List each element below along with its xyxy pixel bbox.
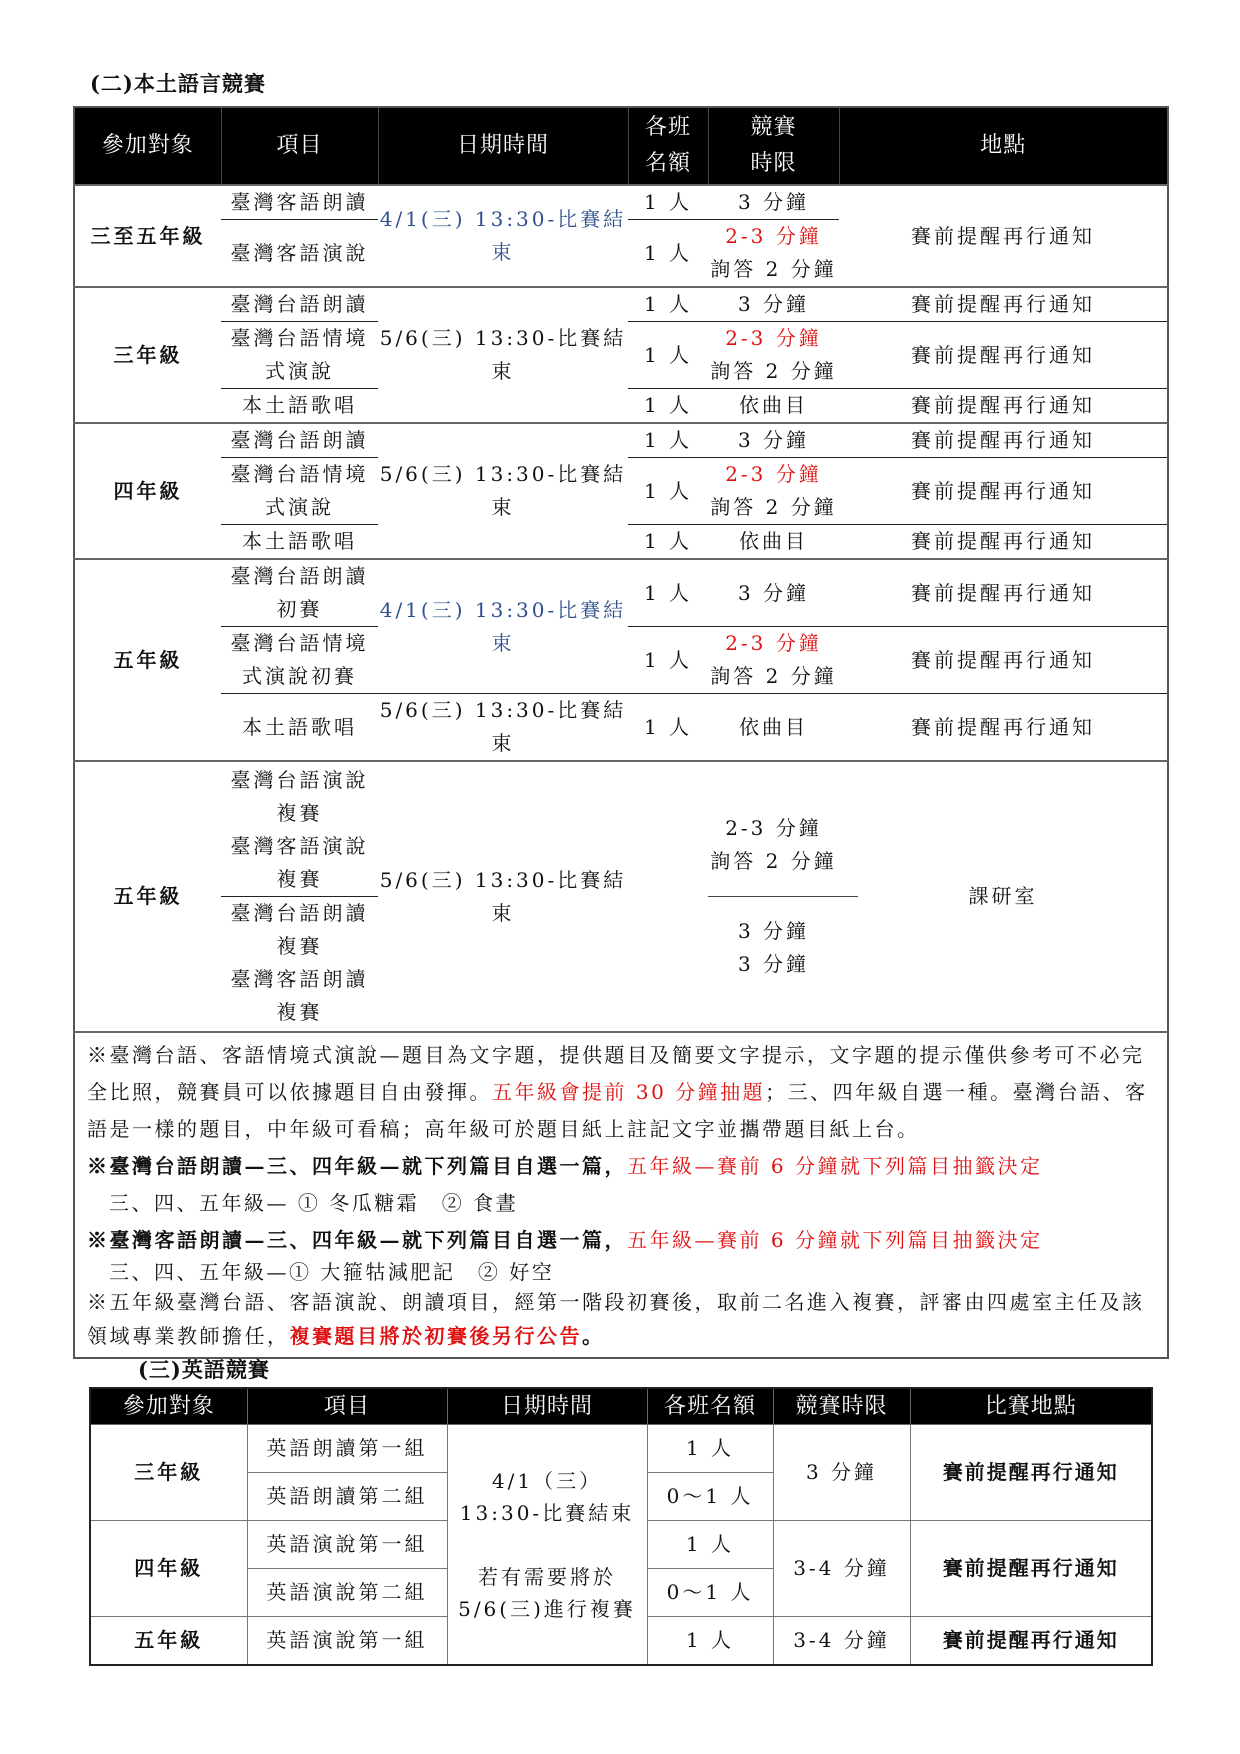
section-title-native-language: (二)本土語言競賽: [90, 68, 266, 98]
item-cell: 臺灣台語朗讀初賽: [221, 559, 378, 627]
english-competition-table: 參加對象 項目 日期時間 各班名額 競賽時限 比賽地點 三年級 英語朗讀第一組 …: [89, 1387, 1153, 1666]
quota-cell: 1 人: [628, 423, 708, 458]
quota-cell: 1 人: [647, 1425, 773, 1473]
datetime-cell: 5/6(三) 13:30-比賽結束: [378, 423, 628, 559]
header-datetime: 日期時間: [447, 1388, 647, 1425]
quota-cell: 1 人: [628, 458, 708, 525]
table-header-row: 參加對象 項目 日期時間 各班名額 競賽時限 比賽地點: [90, 1388, 1152, 1425]
datetime-cell: 4/1（三）13:30-比賽結束若有需要將於5/6(三)進行複賽: [447, 1425, 647, 1666]
participant-cell: 五年級: [90, 1617, 247, 1666]
participant-cell: 五年級: [74, 559, 221, 761]
time-limit-cell: 3 分鐘: [708, 185, 839, 220]
location-cell: 賽前提醒再行通知: [910, 1521, 1152, 1617]
quota-cell: 1 人: [647, 1617, 773, 1666]
item-cell: 英語演說第一組: [247, 1521, 447, 1569]
time-limit-cell: 3 分鐘: [708, 559, 839, 627]
time-limit-cell: 2-3 分鐘詢答 2 分鐘 3 分鐘3 分鐘: [708, 761, 839, 1032]
location-cell: 賽前提醒再行通知: [839, 185, 1168, 287]
participant-cell: 三年級: [74, 287, 221, 423]
notes-cell: ※臺灣台語、客語情境式演說—題目為文字題，提供題目及簡要文字提示，文字題的提示僅…: [74, 1032, 1168, 1358]
quota-cell: 1 人: [628, 694, 708, 762]
datetime-cell: 5/6(三) 13:30-比賽結束: [378, 761, 628, 1032]
quota-cell: 1 人: [647, 1521, 773, 1569]
item-cell: 臺灣台語情境式演說: [221, 322, 378, 389]
time-limit-cell: 3-4 分鐘: [773, 1521, 910, 1617]
quota-cell: 1 人: [628, 322, 708, 389]
item-cell: 英語朗讀第一組: [247, 1425, 447, 1473]
item-cell: 臺灣台語情境式演說初賽: [221, 627, 378, 694]
divider: [708, 896, 858, 897]
item-cell: 本土語歌唱: [221, 525, 378, 560]
location-cell: 賽前提醒再行通知: [839, 694, 1168, 762]
location-cell: 課研室: [839, 761, 1168, 1032]
item-cell: 英語演說第二組: [247, 1569, 447, 1617]
header-time-limit: 競賽時限: [773, 1388, 910, 1425]
datetime-cell: 5/6(三) 13:30-比賽結束: [378, 287, 628, 423]
quota-cell: [628, 761, 708, 1032]
quota-cell: 1 人: [628, 185, 708, 220]
datetime-cell: 5/6(三) 13:30-比賽結束: [378, 694, 628, 762]
quota-cell: 1 人: [628, 627, 708, 694]
note-hakka-reading-list: 三、四、五年級—① 大箍牯減肥記 ② 好空: [87, 1259, 1155, 1285]
location-cell: 賽前提醒再行通知: [839, 287, 1168, 322]
table-row: 本土語歌唱 5/6(三) 13:30-比賽結束 1 人 依曲目 賽前提醒再行通知: [74, 694, 1168, 762]
item-cell: 臺灣台語情境式演說: [221, 458, 378, 525]
table-row: 四年級 臺灣台語朗讀 5/6(三) 13:30-比賽結束 1 人 3 分鐘 賽前…: [74, 423, 1168, 458]
time-limit-cell: 2-3 分鐘詢答 2 分鐘: [708, 220, 839, 288]
native-language-competition-table: 參加對象 項目 日期時間 各班名額 競賽時限 地點 三至五年級 臺灣客語朗讀 4…: [73, 106, 1169, 1359]
time-limit-cell: 2-3 分鐘詢答 2 分鐘: [708, 458, 839, 525]
location-cell: 賽前提醒再行通知: [839, 423, 1168, 458]
note-grade5-finals: ※五年級臺灣台語、客語演說、朗讀項目，經第一階段初賽後，取前二名進入複賽，評審由…: [87, 1285, 1155, 1353]
note-taiwanese-reading: ※臺灣台語朗讀—三、四年級—就下列篇目自選一篇，五年級—賽前 6 分鐘就下列篇目…: [87, 1148, 1155, 1185]
item-cell: 臺灣客語演說: [221, 220, 378, 288]
header-participant: 參加對象: [74, 107, 221, 185]
header-participant: 參加對象: [90, 1388, 247, 1425]
location-cell: 賽前提醒再行通知: [839, 458, 1168, 525]
time-limit-cell: 3-4 分鐘: [773, 1617, 910, 1666]
quota-cell: 1 人: [628, 389, 708, 424]
datetime-cell: 4/1(三) 13:30-比賽結束: [378, 559, 628, 694]
location-cell: 賽前提醒再行通知: [839, 389, 1168, 424]
quota-cell: 0～1 人: [647, 1473, 773, 1521]
header-time-limit: 競賽時限: [708, 107, 839, 185]
time-limit-cell: 依曲目: [708, 525, 839, 560]
quota-cell: 1 人: [628, 287, 708, 322]
note-situational-speech: ※臺灣台語、客語情境式演說—題目為文字題，提供題目及簡要文字提示，文字題的提示僅…: [87, 1037, 1155, 1148]
section-title-english: (三)英語競賽: [138, 1354, 270, 1384]
table-row: 五年級 臺灣台語朗讀初賽 4/1(三) 13:30-比賽結束 1 人 3 分鐘 …: [74, 559, 1168, 627]
location-cell: 賽前提醒再行通知: [839, 322, 1168, 389]
table-row: 三至五年級 臺灣客語朗讀 4/1(三) 13:30-比賽結束 1 人 3 分鐘 …: [74, 185, 1168, 220]
quota-cell: 1 人: [628, 525, 708, 560]
item-cell: 英語演說第一組: [247, 1617, 447, 1666]
quota-cell: 1 人: [628, 220, 708, 288]
item-cell: 臺灣台語演說複賽臺灣客語演說複賽 臺灣台語朗讀複賽臺灣客語朗讀複賽: [221, 761, 378, 1032]
item-cell: 臺灣客語朗讀: [221, 185, 378, 220]
participant-cell: 三年級: [90, 1425, 247, 1521]
note-hakka-reading: ※臺灣客語朗讀—三、四年級—就下列篇目自選一篇，五年級—賽前 6 分鐘就下列篇目…: [87, 1222, 1155, 1259]
item-cell: 本土語歌唱: [221, 694, 378, 762]
location-cell: 賽前提醒再行通知: [839, 559, 1168, 627]
item-cell: 臺灣台語朗讀: [221, 423, 378, 458]
header-datetime: 日期時間: [378, 107, 628, 185]
time-limit-cell: 3 分鐘: [708, 287, 839, 322]
location-cell: 賽前提醒再行通知: [839, 525, 1168, 560]
note-taiwanese-reading-list: 三、四、五年級— ① 冬瓜糖霜 ② 食晝: [87, 1185, 1155, 1222]
time-limit-cell: 3 分鐘: [773, 1425, 910, 1521]
participant-cell: 四年級: [90, 1521, 247, 1617]
location-cell: 賽前提醒再行通知: [839, 627, 1168, 694]
header-location: 比賽地點: [910, 1388, 1152, 1425]
time-limit-cell: 依曲目: [708, 389, 839, 424]
time-limit-cell: 2-3 分鐘詢答 2 分鐘: [708, 322, 839, 389]
item-cell: 英語朗讀第二組: [247, 1473, 447, 1521]
location-cell: 賽前提醒再行通知: [910, 1617, 1152, 1666]
table-header-row: 參加對象 項目 日期時間 各班名額 競賽時限 地點: [74, 107, 1168, 185]
notes-row: ※臺灣台語、客語情境式演說—題目為文字題，提供題目及簡要文字提示，文字題的提示僅…: [74, 1032, 1168, 1358]
table-row: 三年級 英語朗讀第一組 4/1（三）13:30-比賽結束若有需要將於5/6(三)…: [90, 1425, 1152, 1473]
location-cell: 賽前提醒再行通知: [910, 1425, 1152, 1521]
participant-cell: 三至五年級: [74, 185, 221, 287]
header-item: 項目: [221, 107, 378, 185]
table-row: 三年級 臺灣台語朗讀 5/6(三) 13:30-比賽結束 1 人 3 分鐘 賽前…: [74, 287, 1168, 322]
item-cell: 本土語歌唱: [221, 389, 378, 424]
header-item: 項目: [247, 1388, 447, 1425]
table-row: 五年級 臺灣台語演說複賽臺灣客語演說複賽 臺灣台語朗讀複賽臺灣客語朗讀複賽 5/…: [74, 761, 1168, 1032]
participant-cell: 五年級: [74, 761, 221, 1032]
item-cell: 臺灣台語朗讀: [221, 287, 378, 322]
time-limit-cell: 3 分鐘: [708, 423, 839, 458]
quota-cell: 0～1 人: [647, 1569, 773, 1617]
header-location: 地點: [839, 107, 1168, 185]
participant-cell: 四年級: [74, 423, 221, 559]
time-limit-cell: 2-3 分鐘詢答 2 分鐘: [708, 627, 839, 694]
header-quota: 各班名額: [647, 1388, 773, 1425]
header-quota: 各班名額: [628, 107, 708, 185]
datetime-cell: 4/1(三) 13:30-比賽結束: [378, 185, 628, 287]
quota-cell: 1 人: [628, 559, 708, 627]
time-limit-cell: 依曲目: [708, 694, 839, 762]
